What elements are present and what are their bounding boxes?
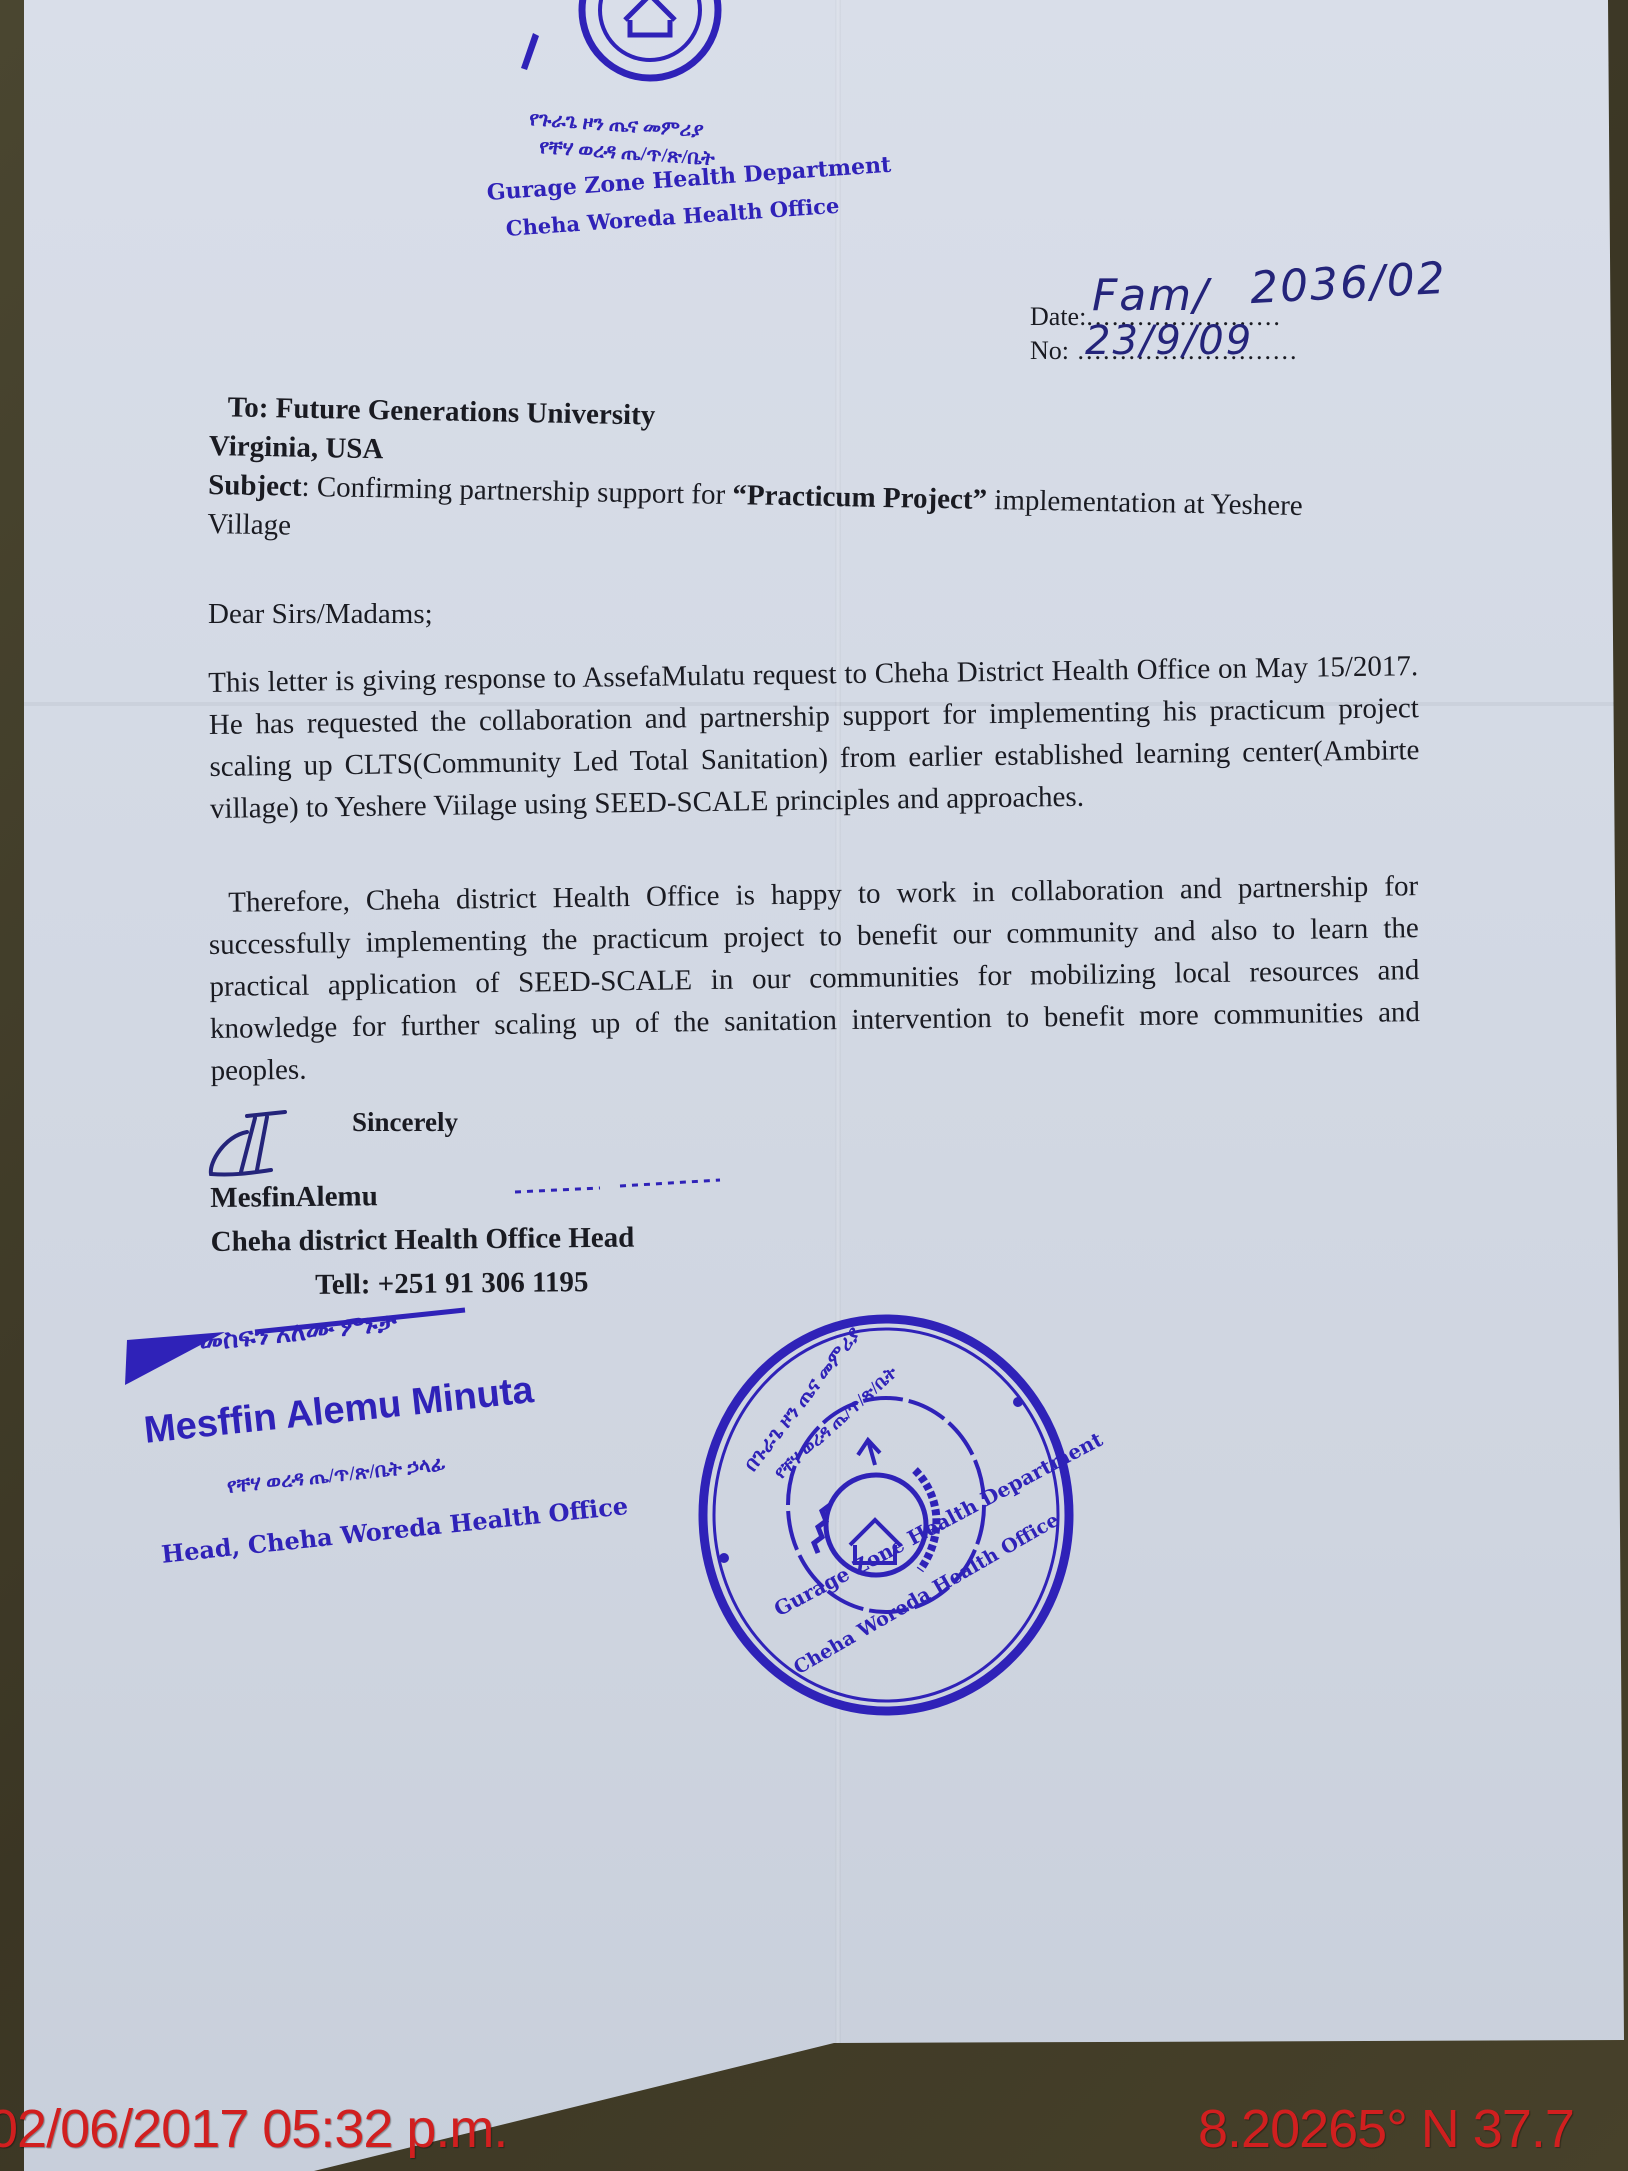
date-label: Date: — [1030, 302, 1086, 331]
date-handwritten-prefix: Fam/ — [1092, 270, 1210, 321]
no-label: No: — [1030, 336, 1069, 365]
address-block: To: Future Generations University Virgin… — [207, 388, 1370, 567]
recipient-location: Virginia, USA — [209, 430, 384, 465]
closing: Sincerely — [352, 1107, 458, 1138]
photo-gps-overlay: 8.20265° N 37.7 — [1198, 2098, 1574, 2160]
header-emblem-icon — [530, 0, 790, 80]
signer-phone: Tell: +251 91 306 1195 — [211, 1260, 635, 1308]
subject-label: Subject — [208, 469, 302, 503]
subject-highlight: “Practicum Project” — [732, 479, 987, 516]
signer-title: Cheha district Health Office Head — [210, 1216, 634, 1264]
salutation: Dear Sirs/Madams; — [208, 598, 433, 631]
stamp-mark-icon — [513, 28, 553, 88]
pen-mark-icon — [510, 1170, 770, 1200]
date-handwritten-value: 2036/02 — [1249, 253, 1448, 314]
number-handwritten-value: 23/9/09 — [1085, 318, 1253, 364]
signature-icon — [205, 1112, 295, 1182]
photo-datetime-overlay: 02/06/2017 05:32 p.m. — [0, 2098, 507, 2160]
body-paragraph-1: This letter is giving response to Assefa… — [208, 645, 1420, 830]
body-paragraph-2: Therefore, Cheha district Health Office … — [208, 865, 1421, 1092]
recipient-line: To: Future Generations University — [227, 391, 655, 431]
